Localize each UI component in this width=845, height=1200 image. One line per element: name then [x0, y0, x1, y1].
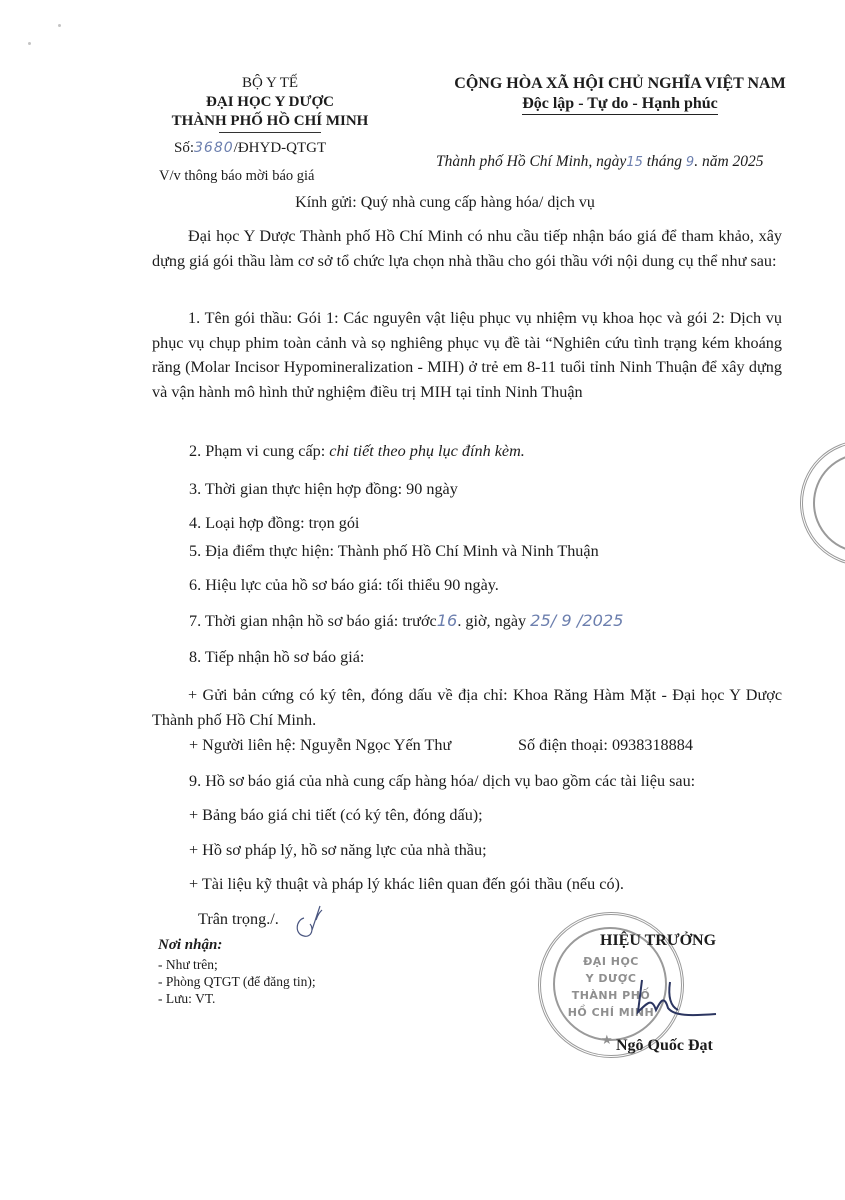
stamp-star-icon: ★ — [601, 1032, 613, 1048]
item-2-value: chi tiết theo phụ lục đính kèm. — [329, 442, 525, 460]
doc-number-prefix: Số: — [174, 140, 194, 156]
month-label: tháng — [647, 153, 682, 170]
doc-number-handwritten: 3680 — [194, 140, 234, 156]
date-line: Thành phố Hồ Chí Minh, ngày15 tháng 9. n… — [436, 153, 764, 171]
item-7-date-handwritten: 25/ 9 /2025 — [530, 611, 623, 630]
item-9-c: + Tài liệu kỹ thuật và pháp lý khác liên… — [189, 875, 624, 894]
item-1: 1. Tên gói thầu: Gói 1: Các nguyên vật l… — [152, 306, 782, 404]
nation-motto: Độc lập - Tự do - Hạnh phúc — [522, 94, 718, 115]
item-2: 2. Phạm vi cung cấp: chi tiết theo phụ l… — [189, 442, 525, 461]
intro-paragraph: Đại học Y Dược Thành phố Hồ Chí Minh có … — [152, 224, 782, 273]
item-8-contact: + Người liên hệ: Nguyễn Ngọc Yến Thư — [189, 736, 451, 755]
item-2-label: 2. Phạm vi cung cấp: — [189, 442, 329, 460]
signer-title: HIỆU TRƯỞNG — [600, 932, 716, 950]
header-underline — [219, 132, 321, 133]
recipient-2: - Phòng QTGT (để đăng tin); — [158, 974, 316, 991]
initial-signature-icon — [290, 900, 330, 940]
item-7: 7. Thời gian nhận hồ sơ báo giá: trước16… — [189, 611, 623, 631]
ministry-name: BỘ Y TẾ — [140, 74, 400, 93]
day-handwritten: 15 — [626, 155, 643, 170]
scan-speck — [58, 24, 61, 27]
date-prefix: Thành phố Hồ Chí Minh, ngày — [436, 153, 626, 170]
nation-name: CỘNG HÒA XÃ HỘI CHỦ NGHĨA VIỆT NAM — [420, 74, 820, 94]
item-4: 4. Loại hợp đồng: trọn gói — [189, 514, 359, 533]
item-7-hour-handwritten: 16 — [437, 611, 458, 630]
item-1-text: 1. Tên gói thầu: Gói 1: Các nguyên vật l… — [152, 306, 782, 404]
edge-stamp-inner-ring — [813, 453, 845, 553]
salutation: Kính gửi: Quý nhà cung cấp hàng hóa/ dịc… — [0, 194, 845, 212]
doc-number-suffix: /ĐHYD-QTGT — [234, 140, 326, 156]
item-9-a: + Bảng báo giá chi tiết (có ký tên, đóng… — [189, 806, 483, 825]
recipient-3: - Lưu: VT. — [158, 991, 215, 1008]
signer-name: Ngô Quốc Đạt — [616, 1037, 713, 1055]
issuer-header: BỘ Y TẾ ĐẠI HỌC Y DƯỢC THÀNH PHỐ HỒ CHÍ … — [140, 74, 400, 133]
recipient-1: - Như trên; — [158, 957, 218, 974]
item-8-address: + Gửi bản cứng có ký tên, đóng dấu về đị… — [152, 683, 782, 732]
intro-text: Đại học Y Dược Thành phố Hồ Chí Minh có … — [152, 224, 782, 273]
item-8-phone: Số điện thoại: 0938318884 — [518, 736, 693, 755]
recipients-title: Nơi nhận: — [158, 937, 222, 954]
scan-speck — [28, 42, 31, 45]
item-6: 6. Hiệu lực của hồ sơ báo giá: tối thiểu… — [189, 576, 499, 595]
item-9-b: + Hồ sơ pháp lý, hồ sơ năng lực của nhà … — [189, 841, 487, 860]
item-8: 8. Tiếp nhận hồ sơ báo giá: — [189, 648, 364, 667]
item-7-mid: . giờ, ngày — [457, 612, 530, 630]
item-9: 9. Hồ sơ báo giá của nhà cung cấp hàng h… — [189, 772, 695, 791]
month-handwritten: 9 — [686, 155, 694, 170]
item-3: 3. Thời gian thực hiện hợp đồng: 90 ngày — [189, 480, 458, 499]
document-subject: V/v thông báo mời báo giá — [159, 168, 314, 185]
document-number: Số:3680/ĐHYD-QTGT — [174, 140, 326, 157]
item-8-address-text: + Gửi bản cứng có ký tên, đóng dấu về đị… — [152, 683, 782, 732]
edge-stamp — [800, 440, 845, 566]
university-name-line1: ĐẠI HỌC Y DƯỢC — [140, 93, 400, 112]
signature-icon — [630, 972, 720, 1022]
closing: Trân trọng./. — [198, 910, 279, 929]
nation-header: CỘNG HÒA XÃ HỘI CHỦ NGHĨA VIỆT NAM Độc l… — [420, 74, 820, 115]
stamp-line-1: ĐẠI HỌC — [541, 953, 681, 970]
item-7-prefix: 7. Thời gian nhận hồ sơ báo giá: trước — [189, 612, 437, 630]
university-name-line2: THÀNH PHỐ HỒ CHÍ MINH — [140, 112, 400, 131]
item-5: 5. Địa điểm thực hiện: Thành phố Hồ Chí … — [189, 542, 599, 561]
year-label: năm 2025 — [702, 153, 764, 170]
